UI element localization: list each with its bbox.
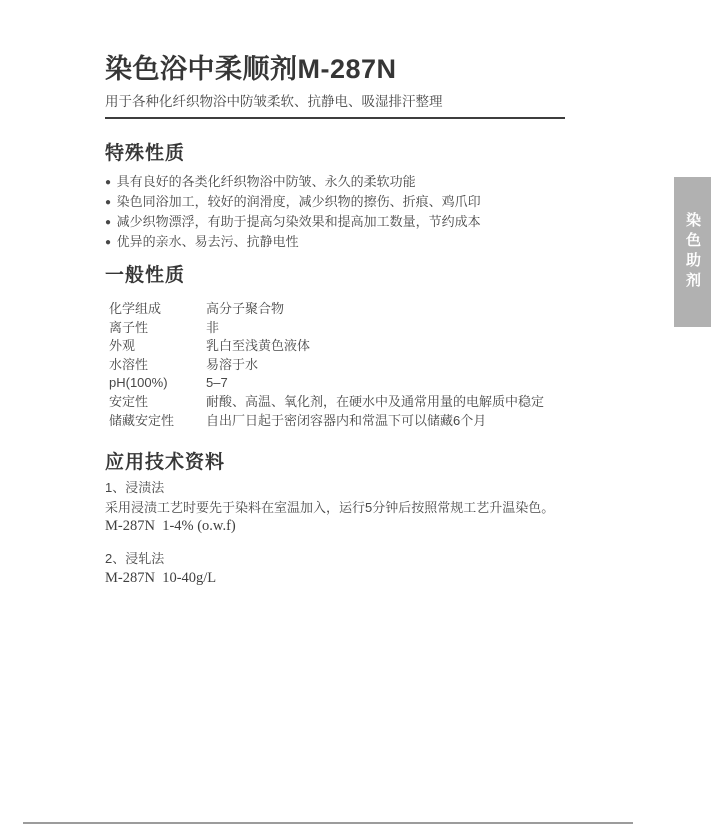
list-item: ● 优异的亲水、易去污、抗静电性 <box>105 232 575 252</box>
bullet-icon: ● <box>105 177 111 188</box>
property-label: 水溶性 <box>105 356 206 375</box>
general-properties-table: 化学组成 高分子聚合物 离子性 非 外观 乳白至浅黄色液体 水溶性 易溶于水 p… <box>105 300 575 430</box>
page-bottom-rule <box>23 822 633 824</box>
property-value: 自出厂日起于密闭容器内和常温下可以储藏6个月 <box>206 412 575 431</box>
property-label: pH(100%) <box>105 374 206 393</box>
property-value: 5–7 <box>206 374 575 393</box>
bullet-icon: ● <box>105 197 111 208</box>
section-heading-application: 应用技术资料 <box>105 449 225 476</box>
list-item: ● 减少织物漂浮，有助于提高匀染效果和提高加工数量，节约成本 <box>105 212 575 232</box>
method1-description: 采用浸渍工艺时要先于染料在室温加入，运行5分钟后按照常规工艺升温染色。 <box>105 500 554 516</box>
list-item: ● 染色同浴加工，较好的润滑度，减少织物的擦伤、折痕、鸡爪印 <box>105 192 575 212</box>
property-label: 储藏安定性 <box>105 412 206 431</box>
property-value: 高分子聚合物 <box>206 300 575 319</box>
special-properties-list: ● 具有良好的各类化纤织物浴中防皱、永久的柔软功能 ● 染色同浴加工，较好的润滑… <box>105 172 575 252</box>
table-row: 储藏安定性 自出厂日起于密闭容器内和常温下可以储藏6个月 <box>105 412 575 431</box>
datasheet-page: 染色浴中柔顺剂M-287N 用于各种化纤织物浴中防皱柔软、抗静电、吸湿排汗整理 … <box>0 0 716 830</box>
section-heading-general-properties: 一般性质 <box>105 262 185 289</box>
bullet-icon: ● <box>105 237 111 248</box>
table-row: 外观 乳白至浅黄色液体 <box>105 337 575 356</box>
list-item: ● 具有良好的各类化纤织物浴中防皱、永久的柔软功能 <box>105 172 575 192</box>
method2-title: 2、浸轧法 <box>105 551 164 567</box>
property-value: 乳白至浅黄色液体 <box>206 337 575 356</box>
product-title: 染色浴中柔顺剂M-287N <box>105 52 397 86</box>
property-label: 外观 <box>105 337 206 356</box>
method1-dosage: M-287N 1-4% (o.w.f) <box>105 518 236 534</box>
method2-dosage: M-287N 10-40g/L <box>105 570 216 586</box>
bullet-text: 减少织物漂浮，有助于提高匀染效果和提高加工数量，节约成本 <box>117 214 481 229</box>
property-value: 易溶于水 <box>206 356 575 375</box>
bullet-text: 染色同浴加工，较好的润滑度，减少织物的擦伤、折痕、鸡爪印 <box>117 194 481 209</box>
property-value: 非 <box>206 319 575 338</box>
table-row: pH(100%) 5–7 <box>105 374 575 393</box>
product-subtitle: 用于各种化纤织物浴中防皱柔软、抗静电、吸湿排汗整理 <box>105 93 565 119</box>
category-side-tab: 染色助剂 <box>674 177 711 327</box>
property-label: 化学组成 <box>105 300 206 319</box>
table-row: 安定性 耐酸、高温、氧化剂，在硬水中及通常用量的电解质中稳定 <box>105 393 575 412</box>
bullet-icon: ● <box>105 217 111 228</box>
method1-title: 1、浸渍法 <box>105 480 164 496</box>
bullet-text: 优异的亲水、易去污、抗静电性 <box>117 234 299 249</box>
bullet-text: 具有良好的各类化纤织物浴中防皱、永久的柔软功能 <box>117 174 416 189</box>
property-label: 安定性 <box>105 393 206 412</box>
property-label: 离子性 <box>105 319 206 338</box>
property-value: 耐酸、高温、氧化剂，在硬水中及通常用量的电解质中稳定 <box>206 393 575 412</box>
table-row: 化学组成 高分子聚合物 <box>105 300 575 319</box>
side-tab-label: 染色助剂 <box>674 212 711 292</box>
table-row: 水溶性 易溶于水 <box>105 356 575 375</box>
section-heading-special-properties: 特殊性质 <box>105 140 185 167</box>
table-row: 离子性 非 <box>105 319 575 338</box>
